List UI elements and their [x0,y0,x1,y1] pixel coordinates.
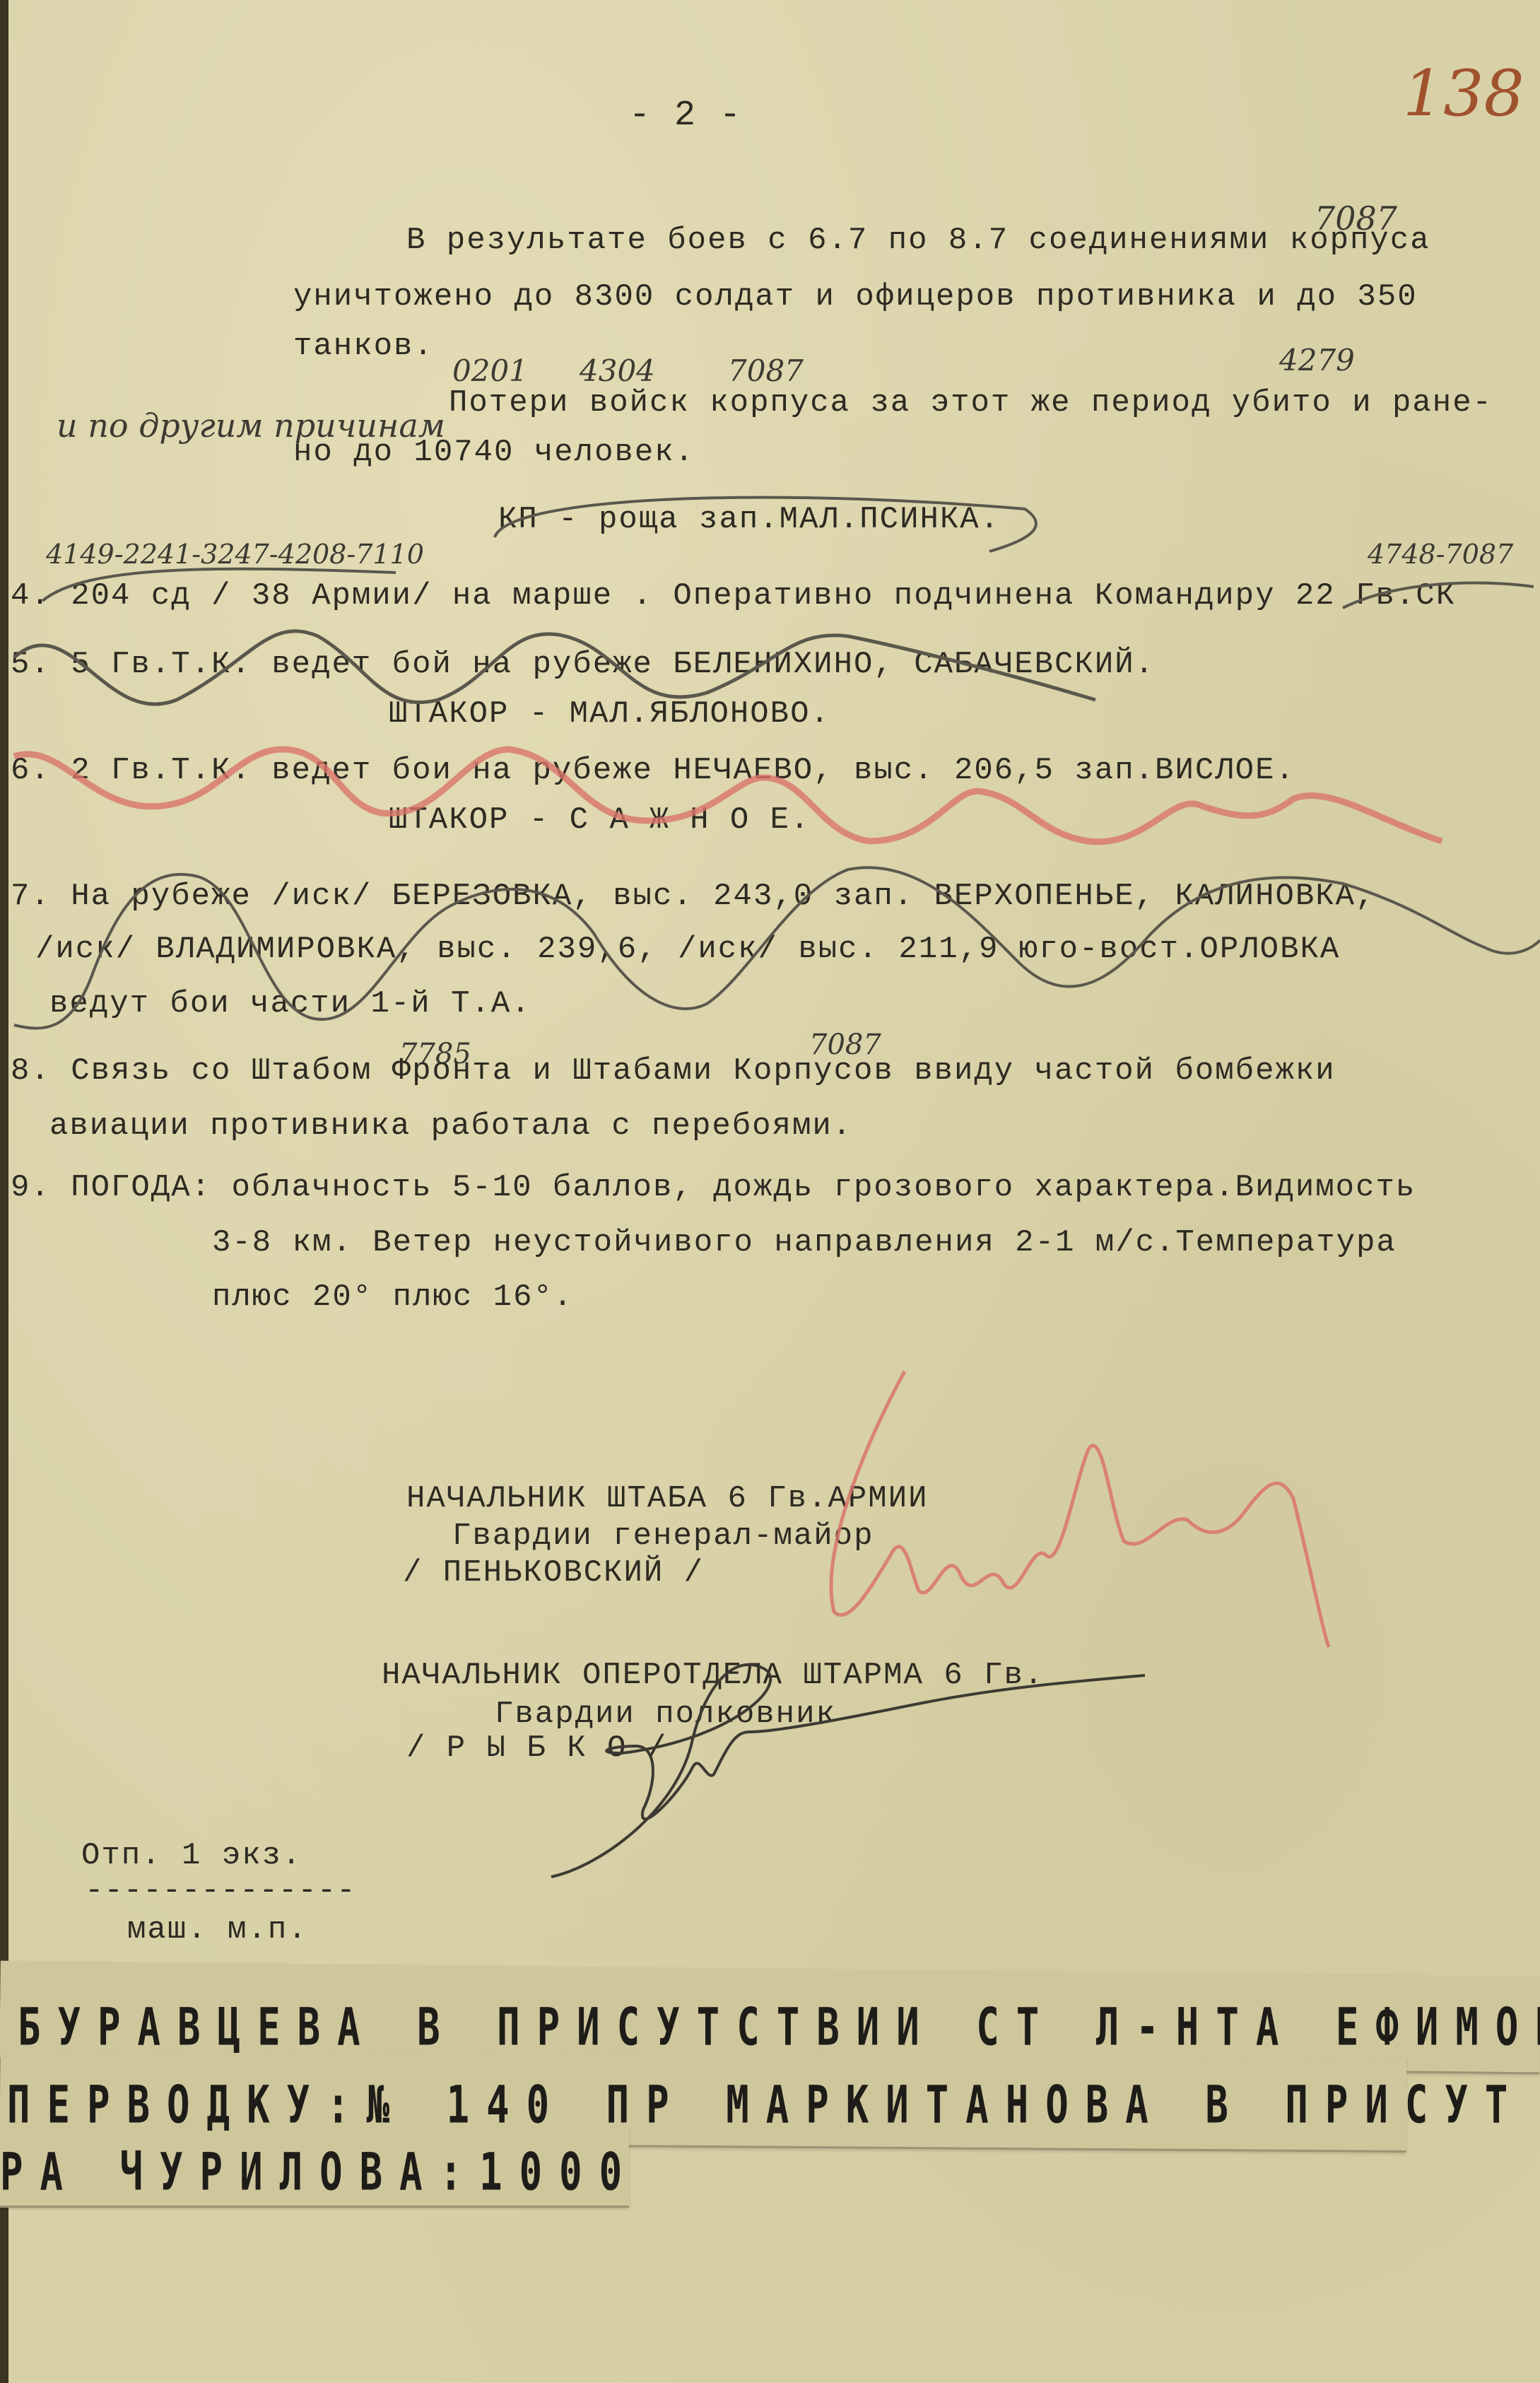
losses-line-1: Потери войск корпуса за этот же период у… [449,385,1493,421]
signature-2-rank: Гвардии полковник [495,1697,836,1732]
unit-codes-annotation: 4149-2241-3247-4208-7110 [46,539,424,570]
losses-annotation: 0201 [452,353,528,388]
item-8-line-2: авиации противника работала с перебоями. [49,1108,852,1144]
telegraph-tape-line-3: РА ЧУРИЛОВА:1000 [0,2142,639,2202]
signature-2-name: / Р Ы Б К О / [406,1731,667,1766]
item-5: 5. 5 Гв.Т.К. ведет бой на рубеже БЕЛЕНИХ… [11,647,1155,682]
item-9-line-1: 9. ПОГОДА: облачность 5-10 баллов, дождь… [11,1170,1416,1205]
footer-divider: -------------- [85,1873,356,1909]
item-7-line-3: ведут бои части 1-й Т.А. [49,986,531,1021]
item-9-line-3: плюс 20° плюс 16°. [212,1280,573,1315]
item-6: 6. 2 Гв.Т.К. ведет бои на рубеже НЕЧАЕВО… [11,753,1295,788]
item-7-line-2: /иск/ ВЛАДИМИРОВКА, выс. 239,6, /иск/ вы… [35,932,1340,967]
archive-sheet-number: 138 [1403,57,1524,131]
item-4: 4. 204 сд / 38 Армии/ на марше . Операти… [11,578,1456,614]
command-post-location: КП - роща зап.МАЛ.ПСИНКА. [498,502,1000,537]
item-7-line-1: 7. На рубеже /иск/ БЕРЕЗОВКА, выс. 243,0… [11,879,1376,914]
signature-2-title: НАЧАЛЬНИК ОПЕРОТДЕЛА ШТАРМА 6 Гв. [382,1658,1044,1693]
item-6-hq: ШТАКОР - С А Ж Н О Е. [389,802,811,838]
telegraph-tape-line-2: ПЕРВОДКУ:№ 140 ПР МАРКИТАНОВА В ПРИСУТ [7,2075,1524,2135]
item-8-line-1: 8. Связь со Штабом Фронта и Штабами Корп… [11,1053,1336,1089]
typist-initials: маш. м.п. [127,1912,308,1948]
losses-annotation: 4304 [580,353,655,388]
summary-line-2: уничтожено до 8300 солдат и офицеров про… [293,279,1418,315]
page-number: - 2 - [629,95,742,136]
signature-1-rank: Гвардии генерал-майор [452,1518,874,1554]
losses-annotation: 7087 [728,353,804,388]
unit-codes-annotation: 4748-7087 [1368,539,1513,570]
losses-line-2: но до 10740 человек. [293,435,695,470]
losses-annotation: 4279 [1279,343,1355,377]
copies-note: Отп. 1 экз. [81,1838,302,1873]
summary-line-1: В результате боев с 6.7 по 8.7 соединени… [406,223,1430,258]
telegraph-tape-line-1: БУРАВЦЕВА В ПРИСУТСТВИИ СТ Л-НТА ЕФИМОВА… [18,1997,1540,2057]
signature-1-title: НАЧАЛЬНИК ШТАБА 6 Гв.АРМИИ [406,1481,929,1516]
signature-1-name: / ПЕНЬКОВСКИЙ / [403,1555,704,1591]
item-5-hq: ШТАКОР - МАЛ.ЯБЛОНОВО. [389,696,830,732]
summary-line-3: танков. [293,329,434,364]
item-9-line-2: 3-8 км. Ветер неустойчивого направления … [212,1225,1397,1260]
